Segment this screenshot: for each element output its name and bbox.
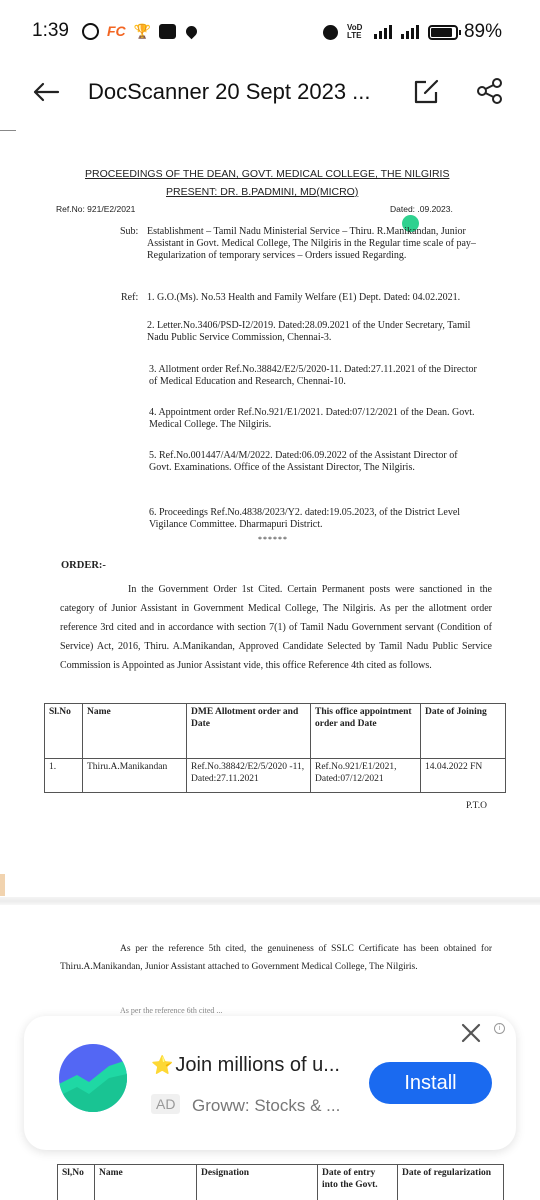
table-header: DME Allotment order and Date bbox=[187, 704, 311, 759]
table-cell: Ref.No.38842/E2/5/2020 -11, Dated:27.11.… bbox=[187, 759, 311, 793]
table-cell: Thiru.A.Manikandan bbox=[83, 759, 187, 793]
reference-number: Ref.No: 921/E2/2021 bbox=[56, 204, 135, 214]
share-icon bbox=[475, 76, 505, 106]
table-header: Date of entry into the Govt. bbox=[318, 1165, 398, 1200]
share-button[interactable] bbox=[475, 76, 505, 106]
table-row: 1. Thiru.A.Manikandan Ref.No.38842/E2/5/… bbox=[45, 759, 506, 793]
location-icon bbox=[184, 23, 200, 39]
install-button[interactable]: Install bbox=[369, 1062, 492, 1104]
subject-text: Establishment – Tamil Nadu Ministerial S… bbox=[147, 226, 487, 262]
arrow-left-icon bbox=[30, 77, 62, 107]
table-cell: 1. bbox=[45, 759, 83, 793]
table-header: Sl.No bbox=[45, 704, 83, 759]
subject-label: Sub: bbox=[120, 226, 138, 238]
close-ad-button[interactable] bbox=[460, 1022, 482, 1044]
order-paragraph: In the Government Order 1st Cited. Certa… bbox=[60, 580, 492, 675]
table-header: Date of regularization bbox=[398, 1165, 504, 1200]
table-header: This office appointment order and Date bbox=[311, 704, 421, 759]
info-icon[interactable]: i bbox=[494, 1023, 505, 1034]
table-cell: 14.04.2022 FN bbox=[421, 759, 506, 793]
ad-subtitle: Groww: Stocks & ... bbox=[192, 1096, 340, 1116]
table-header-row: Sl,No Name Designation Date of entry int… bbox=[58, 1165, 504, 1200]
table-header: Name bbox=[95, 1165, 197, 1200]
reference-item: 3. Allotment order Ref.No.38842/E2/5/202… bbox=[149, 364, 479, 388]
ad-banner[interactable]: ⭐Join millions of u... AD Groww: Stocks … bbox=[24, 1016, 516, 1150]
reference-item: 5. Ref.No.001447/A4/M/2022. Dated:06.09.… bbox=[149, 450, 479, 474]
edit-button[interactable] bbox=[412, 78, 440, 106]
table-header-row: Sl.No Name DME Allotment order and Date … bbox=[45, 704, 506, 759]
ad-badge: AD bbox=[151, 1094, 180, 1114]
5g-signal-icon bbox=[401, 25, 419, 39]
appointment-table: Sl.No Name DME Allotment order and Date … bbox=[44, 703, 506, 793]
page-edge bbox=[0, 130, 16, 131]
status-time: 1:39 bbox=[32, 20, 69, 42]
table-header: Date of Joining bbox=[421, 704, 506, 759]
pto-text: P.T.O bbox=[466, 800, 487, 812]
close-icon bbox=[460, 1022, 482, 1044]
separator-stars: ****** bbox=[258, 534, 288, 546]
regularization-table: Sl,No Name Designation Date of entry int… bbox=[57, 1164, 504, 1200]
document-date: Dated: .09.2023. bbox=[390, 204, 453, 214]
sslc-paragraph: As per the reference 5th cited, the genu… bbox=[60, 940, 492, 976]
volte-icon: VoD LTE bbox=[347, 24, 365, 40]
document-title: DocScanner 20 Sept 2023 ... bbox=[88, 79, 371, 105]
reference-item: 1. G.O.(Ms). No.53 Health and Family Wel… bbox=[147, 292, 477, 304]
reference-item: 2. Letter.No.3406/PSD-I2/2019. Dated:28.… bbox=[147, 320, 477, 344]
star-icon: ⭐ bbox=[151, 1055, 173, 1075]
reference-item: 6. Proceedings Ref.No.4838/2023/Y2. date… bbox=[149, 507, 479, 531]
table-cell: Ref.No.921/E1/2021, Dated:07/12/2021 bbox=[311, 759, 421, 793]
document-subheading: PRESENT: DR. B.PADMINI, MD(MICRO) bbox=[166, 186, 358, 198]
fc-icon: FC bbox=[107, 22, 126, 40]
table-header: Name bbox=[83, 704, 187, 759]
document-heading: PROCEEDINGS OF THE DEAN, GOVT. MEDICAL C… bbox=[85, 168, 449, 180]
system-icons: VoD LTE 89% bbox=[323, 21, 502, 43]
app-icon bbox=[159, 24, 176, 39]
trophy-icon: 🏆 bbox=[134, 22, 151, 40]
page-break bbox=[0, 897, 540, 905]
whatsapp-icon bbox=[82, 23, 99, 40]
scan-smudge bbox=[0, 874, 5, 896]
reference-item: 4. Appointment order Ref.No.921/E1/2021.… bbox=[149, 407, 479, 431]
references-label: Ref: bbox=[121, 292, 138, 304]
signal-icon bbox=[374, 25, 392, 39]
groww-logo-icon bbox=[59, 1044, 127, 1112]
app-bar: DocScanner 20 Sept 2023 ... bbox=[0, 62, 540, 122]
alarm-icon bbox=[323, 25, 338, 40]
ad-title[interactable]: ⭐Join millions of u... bbox=[151, 1054, 340, 1077]
status-bar: 1:39 FC 🏆 VoD LTE 89% bbox=[0, 0, 540, 62]
notification-icons: FC 🏆 bbox=[82, 22, 197, 40]
back-button[interactable] bbox=[30, 77, 62, 107]
battery-icon bbox=[428, 25, 458, 40]
ad-title-text: Join millions of u... bbox=[175, 1054, 340, 1076]
edit-icon bbox=[412, 78, 440, 106]
order-label: ORDER:- bbox=[61, 560, 106, 572]
battery-percent: 89% bbox=[464, 21, 502, 43]
table-header: Sl,No bbox=[58, 1165, 95, 1200]
table-header: Designation bbox=[197, 1165, 318, 1200]
